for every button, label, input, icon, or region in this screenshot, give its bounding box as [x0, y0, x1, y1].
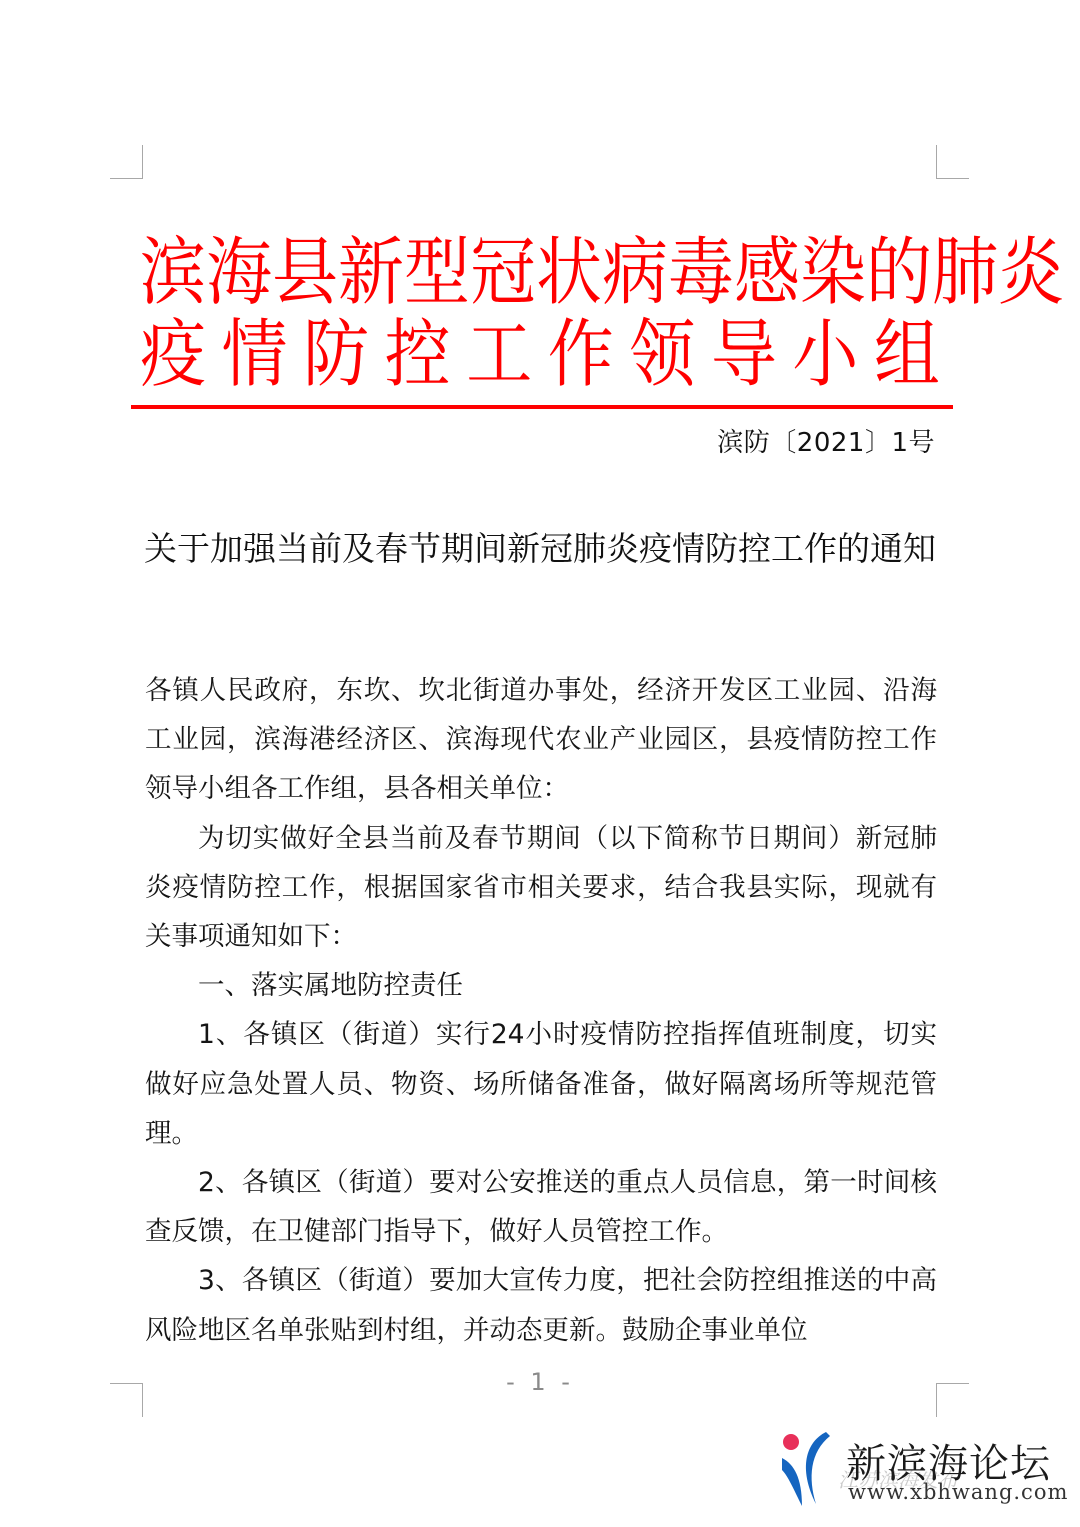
crop-mark-top-left — [110, 145, 143, 179]
issuer-char: 型 — [404, 236, 470, 310]
issuer-char: 滨 — [140, 236, 206, 310]
crop-mark-top-right — [936, 145, 969, 179]
intro-paragraph: 为切实做好全县当前及春节期间（以下简称节日期间）新冠肺炎疫情防控工作，根据国家省… — [145, 814, 937, 962]
page-number: - 1 - — [0, 1368, 1080, 1396]
site-logo-icon — [780, 1428, 840, 1508]
issuer-char: 染 — [800, 236, 866, 310]
issuer-char: 工 — [466, 318, 532, 392]
issuer-char: 疫 — [140, 318, 206, 392]
issuer-char: 组 — [874, 318, 940, 392]
issuer-char: 感 — [734, 236, 800, 310]
issuer-char: 控 — [385, 318, 451, 392]
issuer-char: 领 — [629, 318, 695, 392]
document-number: 滨防〔2021〕1号 — [717, 422, 935, 459]
issuer-char: 导 — [711, 318, 777, 392]
document-body: 各镇人民政府，东坎、坎北街道办事处，经济开发区工业园、沿海工业园，滨海港经济区、… — [145, 666, 937, 1355]
site-watermark: 江苏滨海发布 新滨海论坛 www.xbhwang.com — [780, 1428, 1080, 1527]
issuer-char: 毒 — [668, 236, 734, 310]
issuer-title-line-2: 疫 情 防 控 工 作 领 导 小 组 — [140, 322, 940, 388]
issuer-char: 炎 — [998, 236, 1064, 310]
issuer-char: 肺 — [932, 236, 998, 310]
issuer-char: 县 — [272, 236, 338, 310]
issuer-title-line-1: 滨 海 县 新 型 冠 状 病 毒 感 染 的 肺 炎 — [140, 240, 940, 306]
item-paragraph: 1、各镇区（街道）实行24小时疫情防控指挥值班制度，切实做好应急处置人员、物资、… — [145, 1010, 937, 1158]
issuer-char: 病 — [602, 236, 668, 310]
issuer-char: 的 — [866, 236, 932, 310]
site-url: www.xbhwang.com — [848, 1480, 1068, 1504]
issuer-char: 新 — [338, 236, 404, 310]
item-paragraph: 3、各镇区（街道）要加大宣传力度，把社会防控组推送的中高风险地区名单张贴到村组，… — [145, 1256, 937, 1354]
issuer-char: 作 — [548, 318, 614, 392]
issuer-char: 状 — [536, 236, 602, 310]
issuer-char: 海 — [206, 236, 272, 310]
issuer-char: 防 — [303, 318, 369, 392]
issuer-char: 小 — [792, 318, 858, 392]
issuer-char: 情 — [222, 318, 288, 392]
section-heading: 一、落实属地防控责任 — [145, 961, 937, 1010]
addressee-paragraph: 各镇人民政府，东坎、坎北街道办事处，经济开发区工业园、沿海工业园，滨海港经济区、… — [145, 666, 937, 814]
red-header-rule — [131, 405, 953, 409]
issuer-char: 冠 — [470, 236, 536, 310]
item-paragraph: 2、各镇区（街道）要对公安推送的重点人员信息，第一时间核查反馈，在卫健部门指导下… — [145, 1158, 937, 1256]
document-heading: 关于加强当前及春节期间新冠肺炎疫情防控工作的通知 — [140, 524, 940, 573]
